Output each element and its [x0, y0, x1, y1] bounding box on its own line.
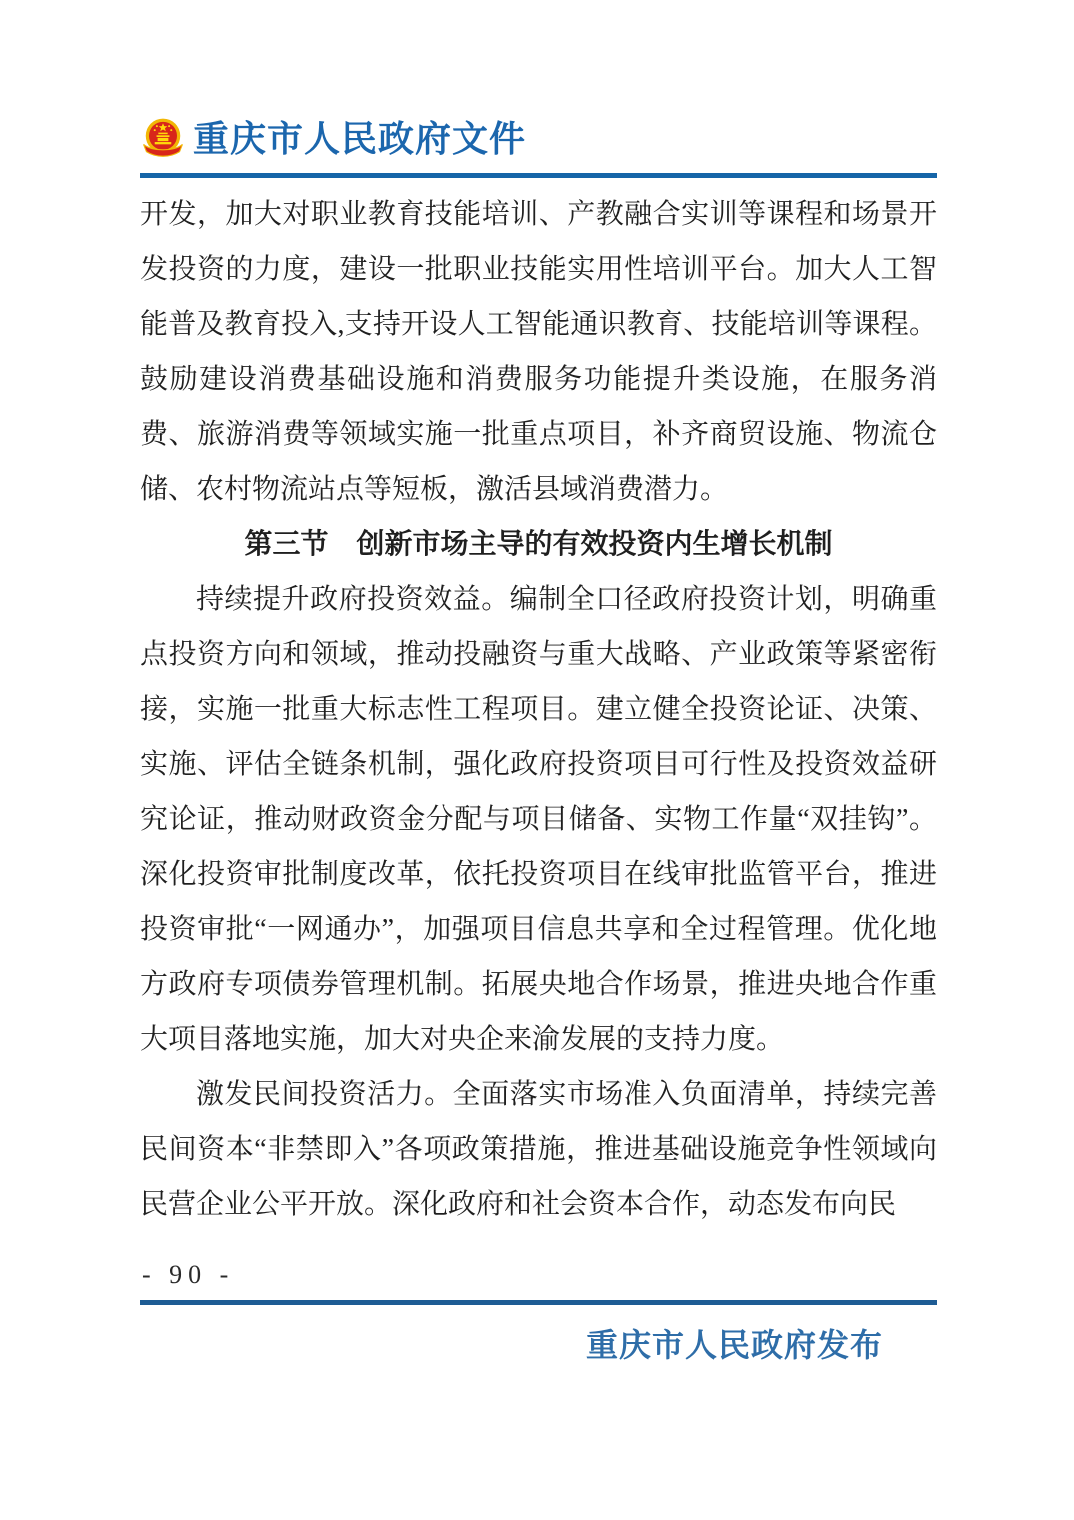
publisher-label: 重庆市人民政府发布: [586, 1327, 883, 1363]
page-number: - 90 -: [140, 1258, 937, 1300]
footer-divider: [140, 1300, 937, 1305]
paragraph-continued: 开发，加大对职业教育技能培训、产教融合实训等课程和场景开发投资的力度，建设一批职…: [140, 187, 937, 517]
section-heading: 第三节 创新市场主导的有效投资内生增长机制: [140, 517, 937, 572]
header-row: 重庆市人民政府文件: [140, 112, 937, 164]
china-national-emblem-icon: [140, 114, 186, 162]
document-header: 重庆市人民政府文件: [140, 112, 937, 178]
paragraph-government-investment: 持续提升政府投资效益。编制全口径政府投资计划，明确重点投资方向和领域，推动投融资…: [140, 572, 937, 1067]
document-footer: - 90 - 重庆市人民政府发布: [140, 1258, 937, 1364]
document-title: 重庆市人民政府文件: [193, 119, 526, 157]
header-divider: [140, 173, 937, 178]
paragraph-private-investment: 激发民间投资活力。全面落实市场准入负面清单，持续完善民间资本“非禁即入”各项政策…: [140, 1067, 937, 1232]
document-body: 开发，加大对职业教育技能培训、产教融合实训等课程和场景开发投资的力度，建设一批职…: [140, 187, 937, 1232]
publisher-line: 重庆市人民政府发布: [140, 1326, 937, 1364]
